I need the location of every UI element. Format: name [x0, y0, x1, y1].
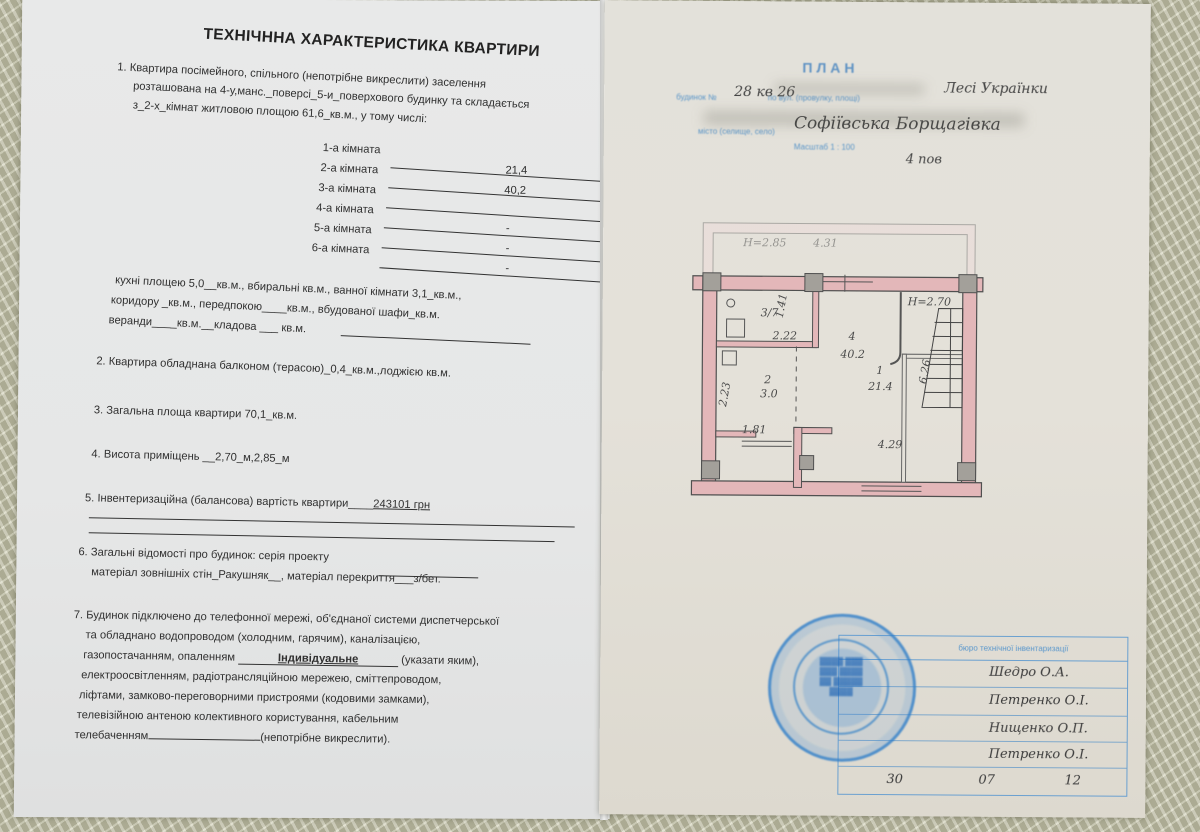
item7-heating-note: (указати яким), [401, 654, 479, 667]
document-title: ТЕХНІЧННА ХАРАКТЕРИСТИКА КВАРТИРИ [203, 26, 540, 62]
room-value: - [506, 243, 510, 255]
svg-text:H=2.70: H=2.70 [907, 295, 951, 308]
svg-text:2.22: 2.22 [771, 329, 797, 342]
item7-line2: та обладнано водопроводом (холодним, гар… [85, 629, 420, 646]
item7-line6: телевізійною антеною колективного корист… [77, 709, 399, 725]
svg-text:4: 4 [847, 330, 855, 343]
left-page-technical-characteristics: ТЕХНІЧННА ХАРАКТЕРИСТИКА КВАРТИРИ 1. Ква… [14, 0, 619, 819]
signature-4: Петренко О.І. [989, 747, 1089, 763]
svg-text:1.81: 1.81 [742, 423, 767, 436]
signature-1: Шедро О.А. [989, 665, 1069, 681]
signature-2: Петренко О.І. [989, 693, 1089, 709]
room-label: 2-а кімната [320, 162, 378, 176]
settlement-sub-label: Масштаб 1 : 100 [794, 142, 855, 151]
svg-text:4.29: 4.29 [877, 438, 903, 451]
item3-total-area: 3. Загальна площа квартири 70,1_кв.м. [94, 404, 298, 422]
item6-line2: матеріал зовнішніх стін_Ракушняк__, мате… [91, 566, 441, 585]
item7-cable-rule [148, 738, 260, 741]
svg-text:4.31: 4.31 [812, 237, 838, 250]
item5-rule-2 [89, 532, 555, 542]
room-value: - [506, 223, 510, 235]
room-value: 21,4 [505, 165, 527, 177]
item2-balcony: 2. Квартира обладнана балконом (терасою)… [96, 355, 451, 379]
room-label: 6-а кімната [311, 242, 369, 256]
seal-text: ▓▓▓▓ ▓▓▓▓▓▓ ▓▓▓▓▓▓ ▓▓▓▓▓▓▓▓▓ [801, 656, 881, 697]
settlement-field-label: місто (селище, село) [698, 127, 775, 137]
item7-line1: 7. Будинок підключено до телефонної мере… [74, 609, 500, 628]
room-rule [384, 227, 606, 242]
room-rule [386, 207, 606, 222]
windows-doors [721, 274, 923, 491]
plan-title: ПЛАН [802, 59, 858, 75]
upper-level-outline [703, 223, 975, 285]
svg-text:2.23: 2.23 [716, 381, 733, 408]
room-rule [390, 167, 606, 182]
floor-note: 4 пов [906, 152, 942, 167]
official-seal: ▓▓▓▓ ▓▓▓▓▓▓ ▓▓▓▓▓▓ ▓▓▓▓▓▓▓▓▓ [768, 613, 917, 762]
item5-value: 243101 грн [373, 498, 430, 511]
item7-heating-value: Індивідуальне [238, 652, 398, 668]
room-value: - [505, 263, 509, 275]
room-label: 1-а кімната [322, 142, 380, 156]
right-page-floor-plan: ПЛАН будинок № по вул. (провулку, площі)… [599, 0, 1151, 818]
svg-text:21.4: 21.4 [867, 380, 893, 393]
svg-text:1: 1 [876, 364, 883, 377]
item7-line5: ліфтами, замково-переговорними пристроям… [79, 689, 430, 706]
redaction-blur [704, 111, 1024, 127]
item4-ceiling-height: 4. Висота приміщень __2,70_м,2,85_м [91, 448, 290, 465]
signature-3: Нищенко О.П. [989, 721, 1088, 737]
stamp-date-month: 07 [978, 773, 995, 788]
address-street: Лесі Українки [944, 80, 1048, 97]
svg-text:1.41: 1.41 [773, 292, 790, 318]
item7-line4: електроосвітленням, радіотрансляційною м… [81, 669, 441, 686]
item7-cable-note: (непотрібне викреслити). [260, 732, 390, 746]
room-label: 3-а кімната [318, 182, 376, 196]
svg-text:H=2.85: H=2.85 [742, 236, 786, 249]
svg-text:6.26: 6.26 [916, 358, 933, 384]
room-value: 40,2 [504, 185, 526, 197]
item7-line3: газопостачанням, опаленням Індивідуальне… [83, 649, 479, 668]
room-label: 5-а кімната [314, 222, 372, 236]
item7-heating-label: газопостачанням, опаленням [83, 649, 235, 663]
svg-text:2: 2 [763, 373, 771, 386]
floor-plan-drawing: H=2.85 4.31 H=2.70 3/7 1.41 2.22 4 40.2 … [681, 211, 1013, 523]
room-label: 4-а кімната [316, 202, 374, 216]
item7-line7: телебаченням(непотрібне викреслити). [74, 729, 390, 745]
room-rule [388, 187, 606, 202]
redaction-blur [774, 83, 924, 94]
item5-label: 5. Інвентеризаційна (балансова) вартість… [85, 492, 374, 510]
item6-line1: 6. Загальні відомості про будинок: серія… [78, 546, 329, 563]
stamp-date-day: 30 [886, 772, 903, 787]
areas-line3: веранди____кв.м.__кладова ___ кв.м. [108, 314, 306, 335]
stamp-date-year: 12 [1064, 773, 1081, 788]
room-rule [382, 247, 605, 262]
room-rule [379, 267, 604, 283]
areas-rule [341, 335, 531, 345]
item5-inventory-value-label: 5. Інвентеризаційна (балансова) вартість… [85, 492, 431, 511]
item5-rule-1 [89, 517, 575, 527]
svg-text:40.2: 40.2 [839, 348, 865, 361]
item7-cable-label: телебаченням [74, 729, 148, 742]
svg-text:3.0: 3.0 [760, 387, 778, 400]
